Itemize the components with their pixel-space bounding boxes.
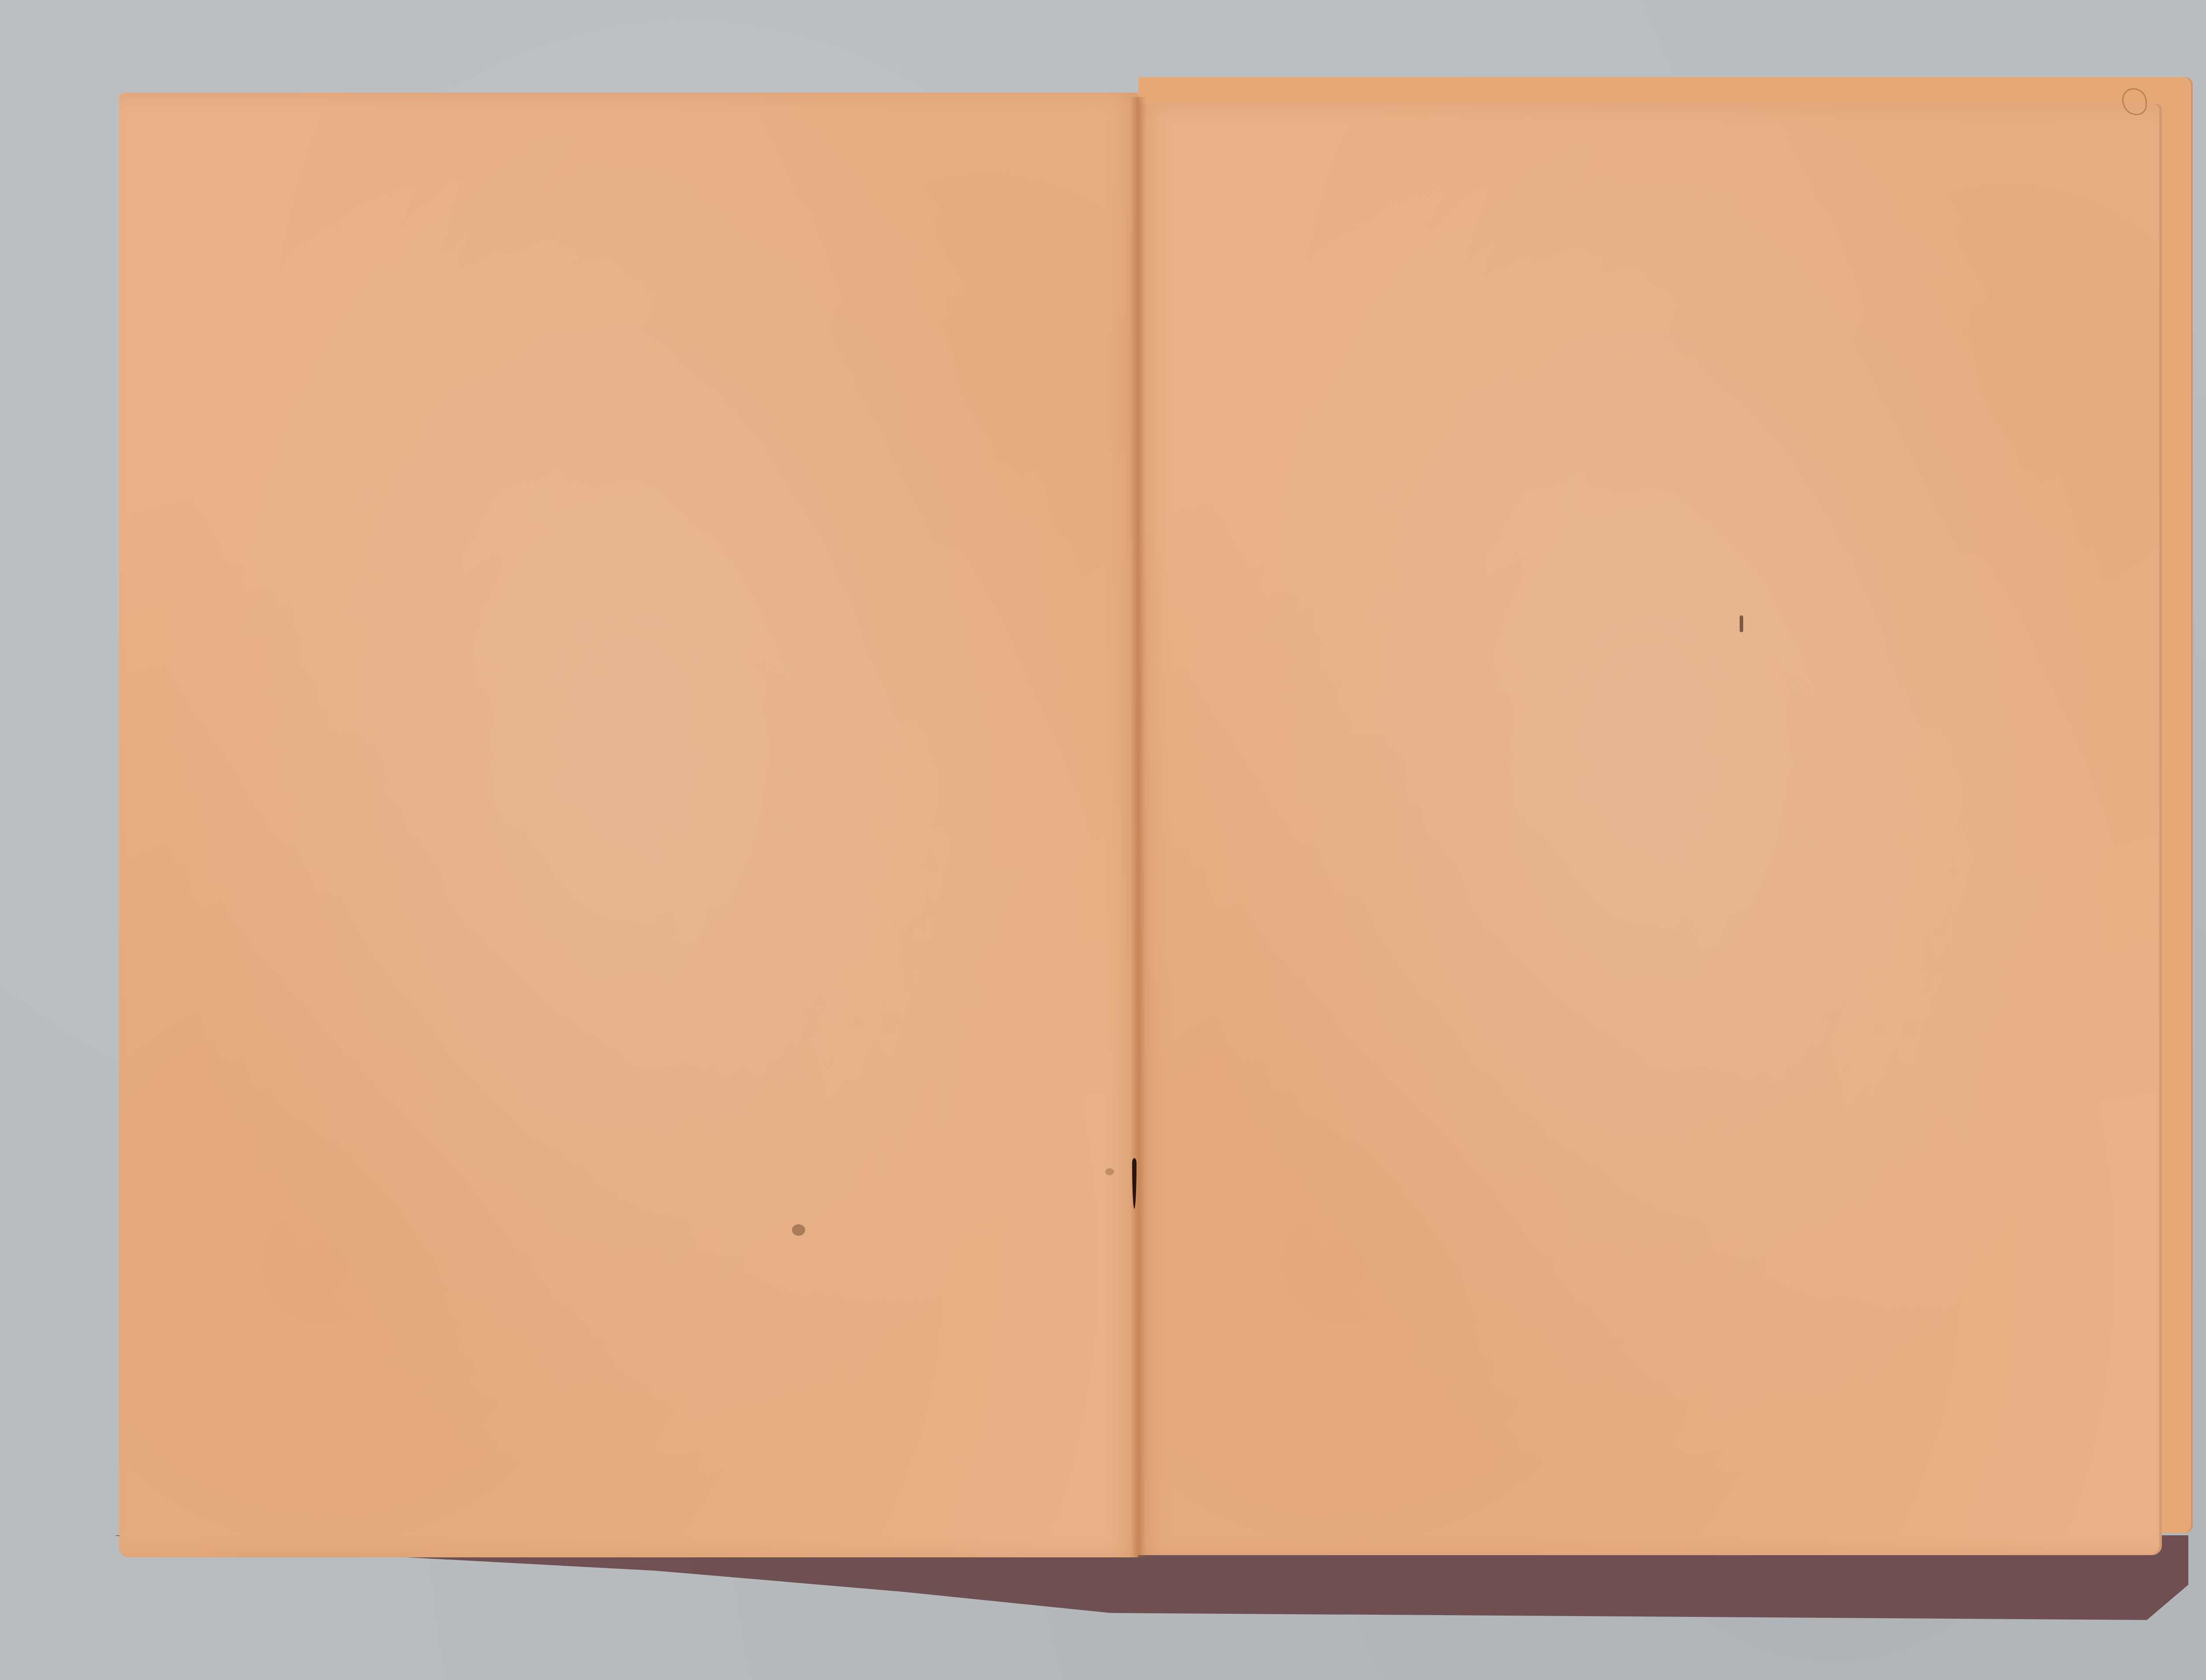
stain-spot: [792, 1224, 805, 1236]
book-gutter: [1130, 97, 1146, 1557]
right-page: [1138, 104, 2162, 1555]
photo-scene: [0, 0, 2206, 1680]
right-page-mark: [1740, 615, 1743, 632]
small-stain-spot: [1105, 1168, 1114, 1175]
left-page: [119, 93, 1138, 1557]
